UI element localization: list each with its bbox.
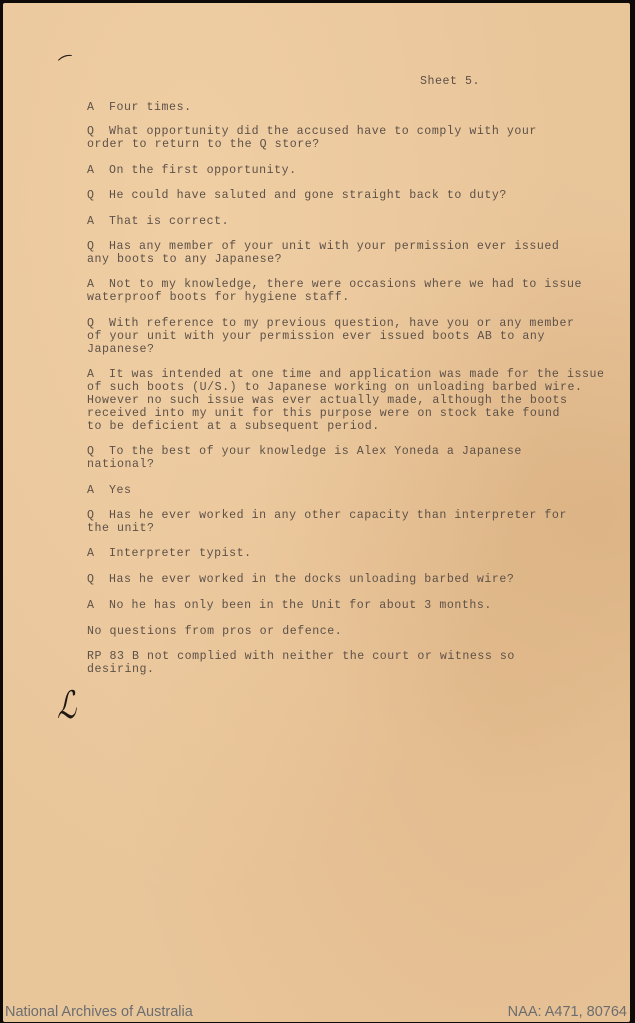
transcript-line: Has he ever worked in the docks unloadin… [109, 573, 514, 586]
transcript-line: received into my unit for this purpose w… [87, 407, 560, 420]
answer-marker: A [87, 164, 95, 177]
question-marker: Q [87, 573, 95, 586]
transcript-line: Not to my knowledge, there were occasion… [109, 278, 582, 291]
handwritten-initials: ℒ [57, 683, 76, 727]
answer-marker: A [87, 547, 95, 560]
transcript-line: No he has only been in the Unit for abou… [109, 599, 492, 612]
question-marker: Q [87, 125, 95, 138]
transcript-line: Has he ever worked in any other capacity… [109, 509, 567, 522]
transcript-line: any boots to any Japanese? [87, 253, 282, 266]
transcript-line: To the best of your knowledge is Alex Yo… [109, 445, 522, 458]
transcript-line: of your unit with your permission ever i… [87, 330, 545, 343]
transcript-line: What opportunity did the accused have to… [109, 125, 537, 138]
margin-pen-mark: ⁀ [58, 53, 77, 75]
transcript-line: That is correct. [109, 215, 229, 228]
archive-name: National Archives of Australia [5, 1004, 193, 1020]
sheet-number: Sheet 5. [420, 75, 480, 88]
transcript-line: He could have saluted and gone straight … [109, 189, 507, 202]
transcript-line: Interpreter typist. [109, 547, 252, 560]
transcript-line: national? [87, 458, 155, 471]
transcript-note-line: No questions from pros or defence. [87, 625, 342, 638]
transcript-line: Yes [109, 484, 132, 497]
transcript-line: Has any member of your unit with your pe… [109, 240, 559, 253]
transcript-line: to be deficient at a subsequent period. [87, 420, 380, 433]
answer-marker: A [87, 101, 95, 114]
transcript-line: of such boots (U/S.) to Japanese working… [87, 381, 583, 394]
transcript-line: the unit? [87, 522, 155, 535]
answer-marker: A [87, 484, 95, 497]
transcript-line: Japanese? [87, 343, 155, 356]
question-marker: Q [87, 189, 95, 202]
transcript-line: waterproof boots for hygiene staff. [87, 291, 350, 304]
document-page: ⁀ Sheet 5. AFour times.QWhat opportunity… [3, 3, 630, 1022]
archive-reference: NAA: A471, 80764 [508, 1004, 627, 1020]
transcript-line: order to return to the Q store? [87, 138, 320, 151]
transcript-note-line: RP 83 B not complied with neither the co… [87, 650, 515, 663]
transcript-line: Four times. [109, 101, 192, 114]
answer-marker: A [87, 278, 95, 291]
question-marker: Q [87, 240, 95, 253]
transcript-line: However no such issue was ever actually … [87, 394, 567, 407]
transcript-line: With reference to my previous question, … [109, 317, 574, 330]
answer-marker: A [87, 599, 95, 612]
transcript-line: It was intended at one time and applicat… [109, 368, 605, 381]
transcript-line: On the first opportunity. [109, 164, 297, 177]
question-marker: Q [87, 509, 95, 522]
question-marker: Q [87, 317, 95, 330]
question-marker: Q [87, 445, 95, 458]
answer-marker: A [87, 368, 95, 381]
transcript-note-line: desiring. [87, 663, 155, 676]
answer-marker: A [87, 215, 95, 228]
